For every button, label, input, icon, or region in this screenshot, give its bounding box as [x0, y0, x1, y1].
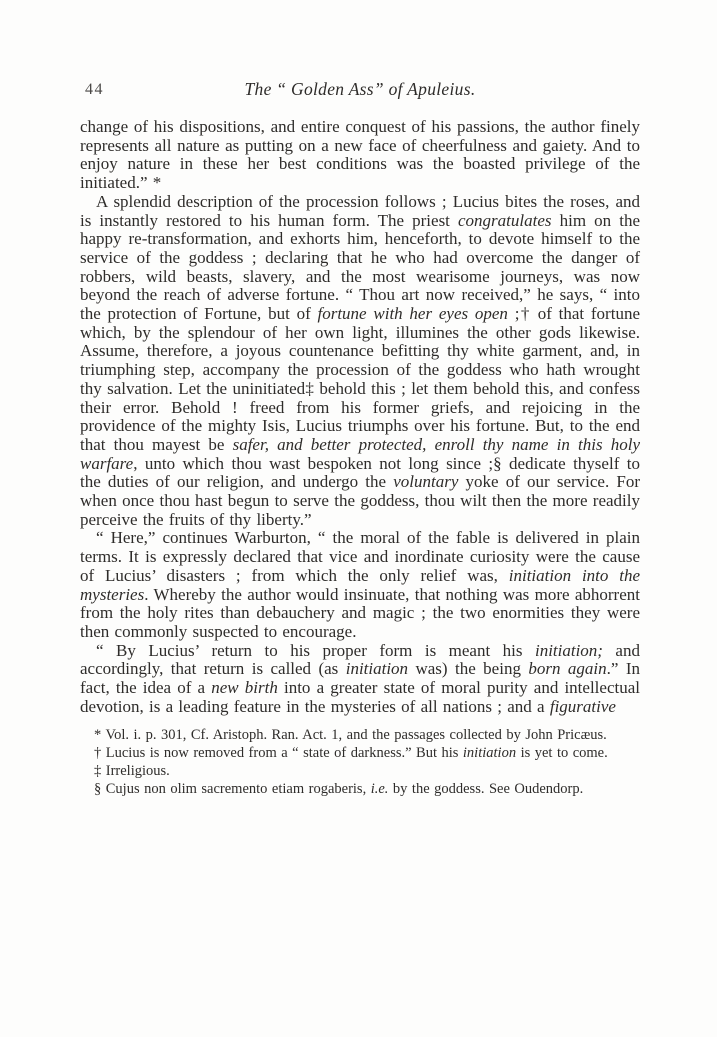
footnote: § Cujus non olim sacremento etiam rogabe… [80, 780, 640, 798]
body-paragraph: A splendid description of the procession… [80, 193, 640, 530]
text-run: . Whereby the author would insinuate, th… [80, 585, 640, 641]
text-run: change of his dispositions, and entire c… [80, 117, 640, 192]
italic-text-run: figurative [550, 697, 616, 716]
footnotes: * Vol. i. p. 301, Cf. Aristoph. Ran. Act… [80, 726, 640, 799]
text-run: was) the being [408, 659, 528, 678]
italic-text-run: congratulates [458, 211, 552, 230]
body-paragraph: “ By Lucius’ return to his proper form i… [80, 642, 640, 717]
page-number: 44 [85, 81, 104, 99]
italic-text-run: new birth [211, 678, 278, 697]
text-run: ‡ Irreligious. [94, 763, 170, 779]
text-run: * Vol. i. p. 301, Cf. Aristoph. Ran. Act… [94, 727, 607, 743]
italic-text-run: initiation; [535, 641, 603, 660]
running-title: The “ Golden Ass” of Apuleius. [80, 79, 640, 100]
text-run: is yet to come. [516, 745, 608, 761]
text-run: by the goddess. See Oudendorp. [388, 781, 583, 797]
italic-text-run: i.e. [371, 781, 389, 797]
italic-text-run: initiation [463, 745, 516, 761]
italic-text-run: born again [528, 659, 606, 678]
italic-text-run: fortune with her eyes open [318, 304, 508, 323]
italic-text-run: initiation [346, 659, 408, 678]
footnote: * Vol. i. p. 301, Cf. Aristoph. Ran. Act… [80, 726, 640, 744]
book-page: 44 The “ Golden Ass” of Apuleius. change… [0, 0, 717, 1037]
footnote: † Lucius is now removed from a “ state o… [80, 744, 640, 762]
italic-text-run: voluntary [393, 472, 458, 491]
text-run: “ By Lucius’ return to his proper form i… [96, 641, 535, 660]
running-head: 44 The “ Golden Ass” of Apuleius. [80, 79, 640, 101]
footnote: ‡ Irreligious. [80, 762, 640, 780]
text-run: † Lucius is now removed from a “ state o… [94, 745, 463, 761]
body-paragraph: “ Here,” continues Warburton, “ the mora… [80, 529, 640, 641]
body-paragraph: change of his dispositions, and entire c… [80, 118, 640, 193]
text-run: § Cujus non olim sacremento etiam rogabe… [94, 781, 371, 797]
body-text: change of his dispositions, and entire c… [80, 118, 640, 717]
text-run: ;† of that fortune which, by the splendo… [80, 304, 640, 454]
